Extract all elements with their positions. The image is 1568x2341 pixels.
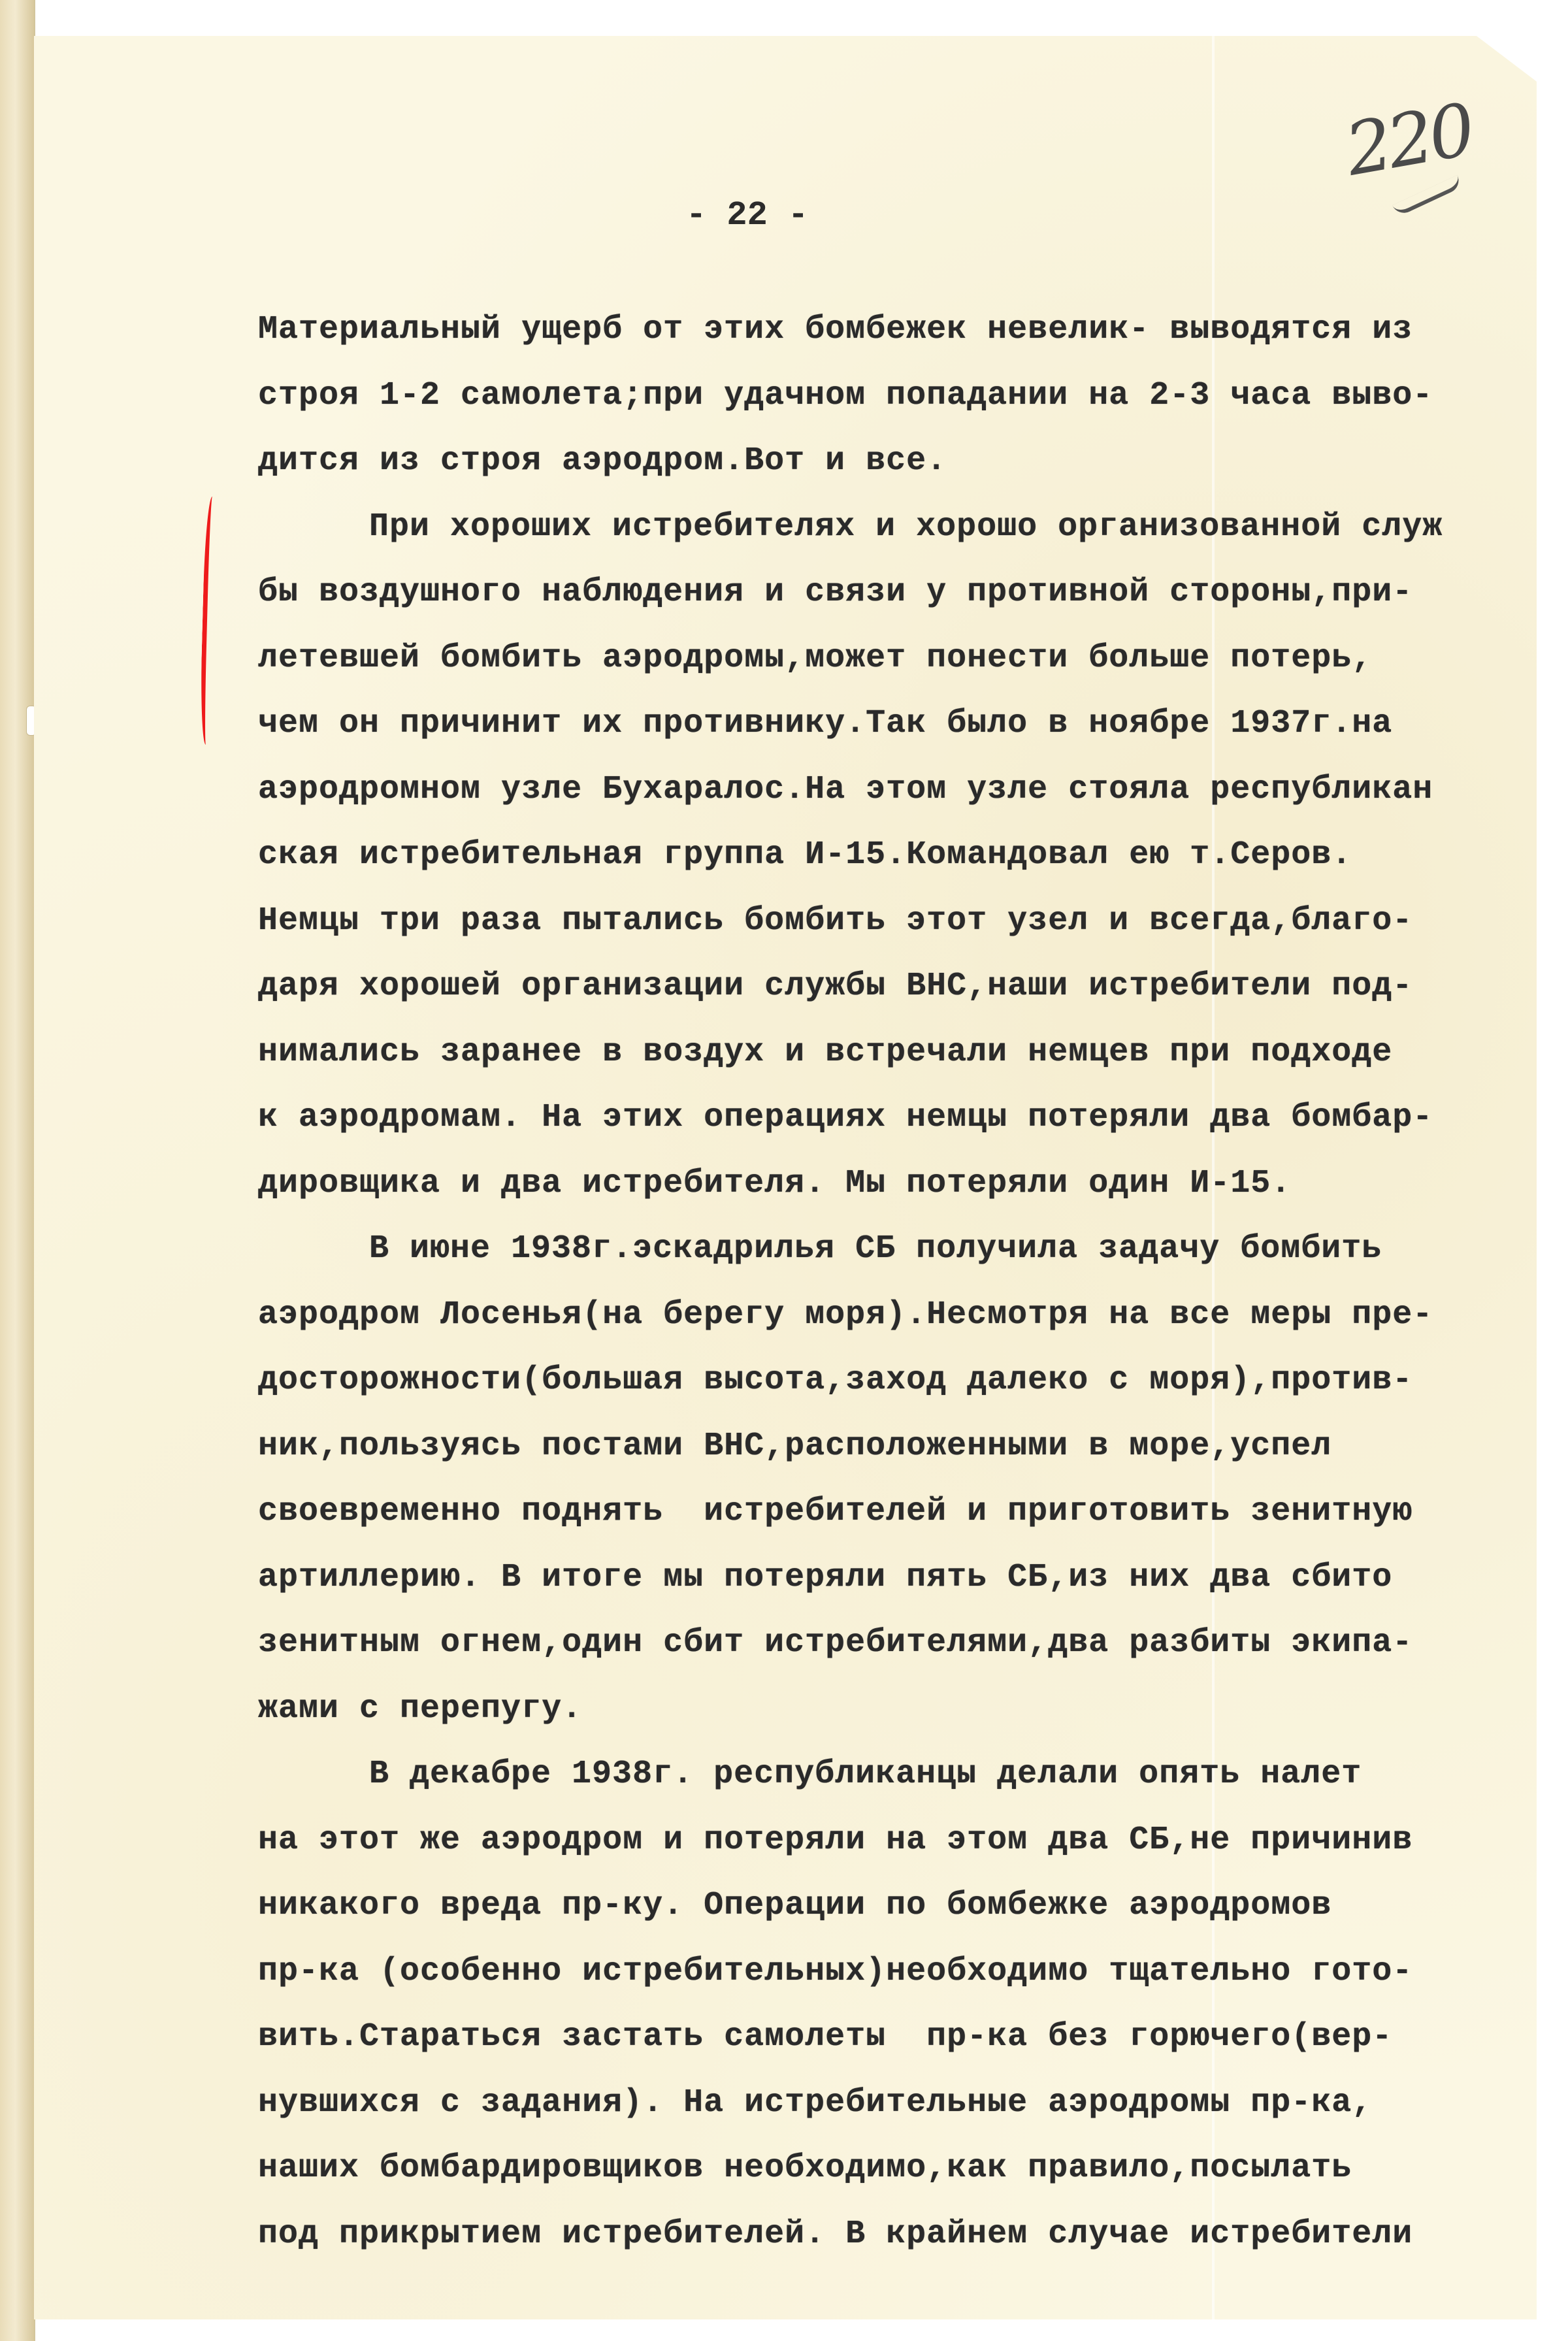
typewritten-text: Материальный ущерб от этих бомбежек неве… — [258, 297, 1539, 2267]
text-line: к аэродромам. На этих операциях немцы по… — [258, 1085, 1539, 1151]
binding-strip — [0, 0, 35, 2341]
text-line: нимались заранее в воздух и встречали не… — [258, 1020, 1539, 1086]
text-line: жами с перепугу. — [258, 1677, 1539, 1743]
text-line: на этот же аэродром и потеряли на этом д… — [258, 1808, 1539, 1874]
text-line: дится из строя аэродром.Вот и все. — [258, 429, 1539, 495]
text-line: артиллерию. В итоге мы потеряли пять СБ,… — [258, 1545, 1539, 1611]
text-line: чем он причинит их противнику.Так было в… — [258, 691, 1539, 757]
text-line: Материальный ущерб от этих бомбежек неве… — [258, 297, 1539, 363]
text-line: своевременно поднять истребителей и приг… — [258, 1479, 1539, 1545]
text-line: нувшихся с задания). На истребительные а… — [258, 2071, 1539, 2136]
text-line: досторожности(большая высота,заход далек… — [258, 1348, 1539, 1414]
text-line: В декабре 1938г. республиканцы делали оп… — [258, 1742, 1539, 1808]
text-line: пр-ка (особенно истребительных)необходим… — [258, 1939, 1539, 2005]
text-line: бы воздушного наблюдения и связи у проти… — [258, 560, 1539, 626]
text-line: ская истребительная группа И-15.Командов… — [258, 823, 1539, 889]
text-line: наших бомбардировщиков необходимо,как пр… — [258, 2136, 1539, 2202]
text-line: зенитным огнем,один сбит истребителями,д… — [258, 1611, 1539, 1677]
text-line: дировщика и два истребителя. Мы потеряли… — [258, 1151, 1539, 1217]
text-line: При хороших истребителях и хорошо органи… — [258, 495, 1539, 561]
text-line: строя 1-2 самолета;при удачном попадании… — [258, 363, 1539, 429]
text-line: аэродром Лосенья(на берегу моря).Несмотр… — [258, 1283, 1539, 1349]
text-line: В июне 1938г.эскадрилья СБ получила зада… — [258, 1217, 1539, 1283]
page-number: - 22 - — [686, 196, 808, 235]
text-line: никакого вреда пр-ку. Операции по бомбеж… — [258, 1873, 1539, 1939]
text-line: Немцы три раза пытались бомбить этот узе… — [258, 889, 1539, 955]
text-line: даря хорошей организации службы ВНС,наши… — [258, 954, 1539, 1020]
text-line: летевшей бомбить аэродромы,может понести… — [258, 626, 1539, 692]
text-line: аэродромном узле Бухаралос.На этом узле … — [258, 757, 1539, 823]
text-line: вить.Стараться застать самолеты пр-ка бе… — [258, 2005, 1539, 2071]
text-line: ник,пользуясь постами ВНС,расположенными… — [258, 1414, 1539, 1480]
text-line: под прикрытием истребителей. В крайнем с… — [258, 2202, 1539, 2268]
